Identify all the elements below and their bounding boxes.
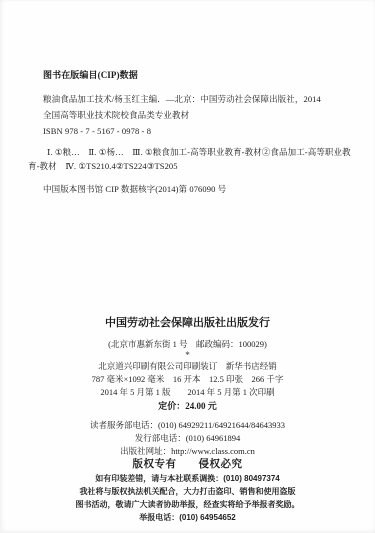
exchange-line: 如有印装差错，请与本社联系调换：(010) 80497374 (0, 472, 375, 485)
cip-series-line: 全国高等职业技术院校食品类专业教材 (43, 107, 343, 123)
cip-title-line: 粮油食品加工技术/杨玉红主编．—北京：中国劳动社会保障出版社，2014 (43, 91, 343, 107)
anti-piracy-line-1: 我社将与版权执法机关配合，大力打击盗印、销售和使用盗版 (0, 485, 375, 498)
cip-record-line: 中国版本图书馆 CIP 数据核字(2014)第 076090 号 (43, 181, 343, 197)
copyright-page: 图书在版编目(CIP)数据 粮油食品加工技术/杨玉红主编．—北京：中国劳动社会保… (0, 0, 375, 533)
reader-phone-line: 读者服务部电话：(010) 64929211/64921644/84643933 (0, 419, 375, 432)
distribution-phone-line: 发行部电话：(010) 64961894 (0, 432, 375, 445)
cip-block: 图书在版编目(CIP)数据 粮油食品加工技术/杨玉红主编．—北京：中国劳动社会保… (43, 68, 343, 197)
isbn-line: ISBN 978 - 7 - 5167 - 0978 - 8 (43, 123, 343, 139)
website-line: 出版社网址：http://www.class.com.cn (0, 445, 375, 458)
price-line: 定价：24.00 元 (0, 399, 375, 413)
anti-piracy-line-2: 图书活动，敬请广大读者协助举报，经查实将给予举报者奖励。 (0, 498, 375, 511)
format-line: 787 毫米×1092 毫米 16 开本 12.5 印张 266 千字 (0, 373, 375, 386)
edition-line: 2014 年 5 月第 1 版 2014 年 5 月第 1 次印刷 (0, 386, 375, 399)
cip-heading: 图书在版编目(CIP)数据 (43, 68, 343, 81)
colophon-block: 中国劳动社会保障出版社出版发行 (北京市惠新东街 1 号 邮政编码：100029… (0, 316, 375, 524)
printer-line: 北京道兴印刷有限公司印刷装订 新华书店经销 (0, 360, 375, 373)
copyright-notice: 版权专有 侵权必究 (0, 458, 375, 472)
classification-line-2: 育-教材 Ⅳ. ①TS210.4②TS224③TS205 (28, 159, 343, 173)
report-phone-line: 举报电话：(010) 64954652 (0, 511, 375, 524)
classification-line-1: Ⅰ. ①粮… Ⅱ. ①杨… Ⅲ. ①粮食加工-高等职业教育-教材②食品加工-高等… (43, 145, 343, 159)
divider-star: * (0, 351, 375, 360)
publisher-line: 中国劳动社会保障出版社出版发行 (0, 316, 375, 330)
